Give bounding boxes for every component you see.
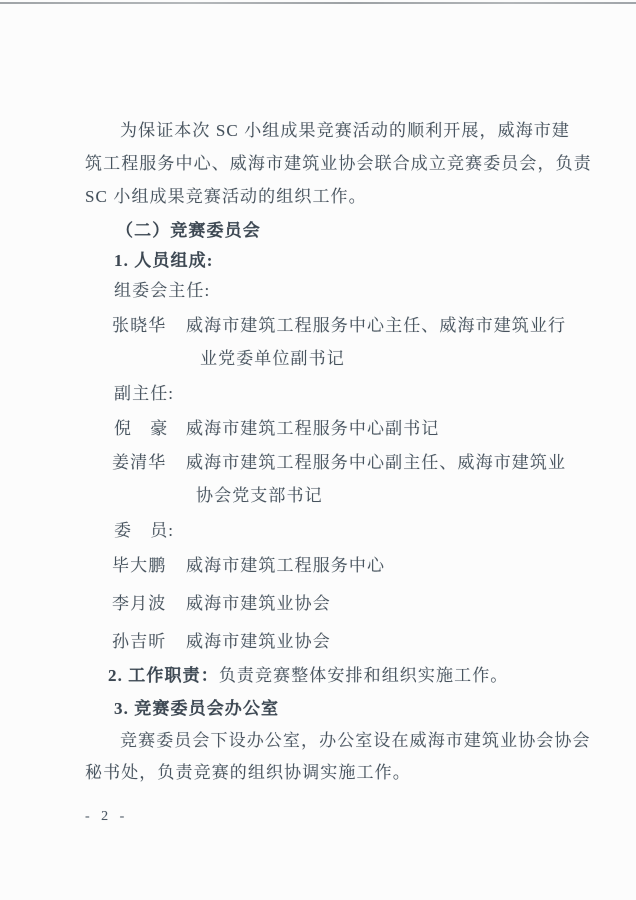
vice-chair-name: 倪 豪: [114, 418, 168, 440]
chair-label: 组委会主任:: [114, 280, 210, 302]
document-page: 为保证本次 SC 小组成果竞赛活动的顺利开展，威海市建 筑工程服务中心、威海市建…: [0, 0, 636, 900]
duties-heading: 2. 工作职责：: [108, 666, 219, 685]
chair-title-line-1: 威海市建筑工程服务中心主任、威海市建筑业行: [186, 315, 566, 337]
member-name: 孙吉昕: [112, 631, 166, 653]
member-name: 李月波: [112, 593, 166, 615]
member-org: 威海市建筑业协会: [186, 631, 331, 653]
office-line-1: 竞赛委员会下设办公室，办公室设在威海市建筑业协会协会: [120, 730, 591, 752]
vice-chair-title: 威海市建筑工程服务中心副书记: [186, 418, 439, 440]
vice-chair-name: 姜清华: [112, 452, 166, 474]
office-line-2: 秘书处，负责竞赛的组织协调实施工作。: [85, 762, 411, 784]
intro-line-2: 筑工程服务中心、威海市建筑业协会联合成立竞赛委员会，负责: [85, 153, 592, 175]
personnel-heading: 1. 人员组成:: [114, 250, 213, 272]
member-name: 毕大鹏: [112, 555, 166, 577]
intro-line-1: 为保证本次 SC 小组成果竞赛活动的顺利开展，威海市建: [120, 120, 570, 142]
vice-chair-label: 副主任:: [114, 383, 174, 405]
member-org: 威海市建筑业协会: [186, 593, 331, 615]
vice-chair-title-line-2: 协会党支部书记: [196, 485, 323, 507]
section-heading: （二）竞赛委员会: [116, 220, 261, 242]
page-number: - 2 -: [85, 806, 128, 828]
members-label: 委 员:: [114, 520, 174, 542]
member-org: 威海市建筑工程服务中心: [186, 555, 385, 577]
duties-line: 2. 工作职责：负责竞赛整体安排和组织实施工作。: [108, 665, 508, 687]
vice-chair-title: 威海市建筑工程服务中心副主任、威海市建筑业: [186, 452, 566, 474]
chair-name: 张晓华: [112, 315, 166, 337]
intro-line-3: SC 小组成果竞赛活动的组织工作。: [85, 186, 367, 208]
scan-edge-artifact: [0, 2, 636, 4]
duties-text: 负责竞赛整体安排和组织实施工作。: [219, 666, 509, 685]
chair-title-line-2: 业党委单位副书记: [200, 348, 345, 370]
office-heading: 3. 竞赛委员会办公室: [114, 698, 279, 720]
